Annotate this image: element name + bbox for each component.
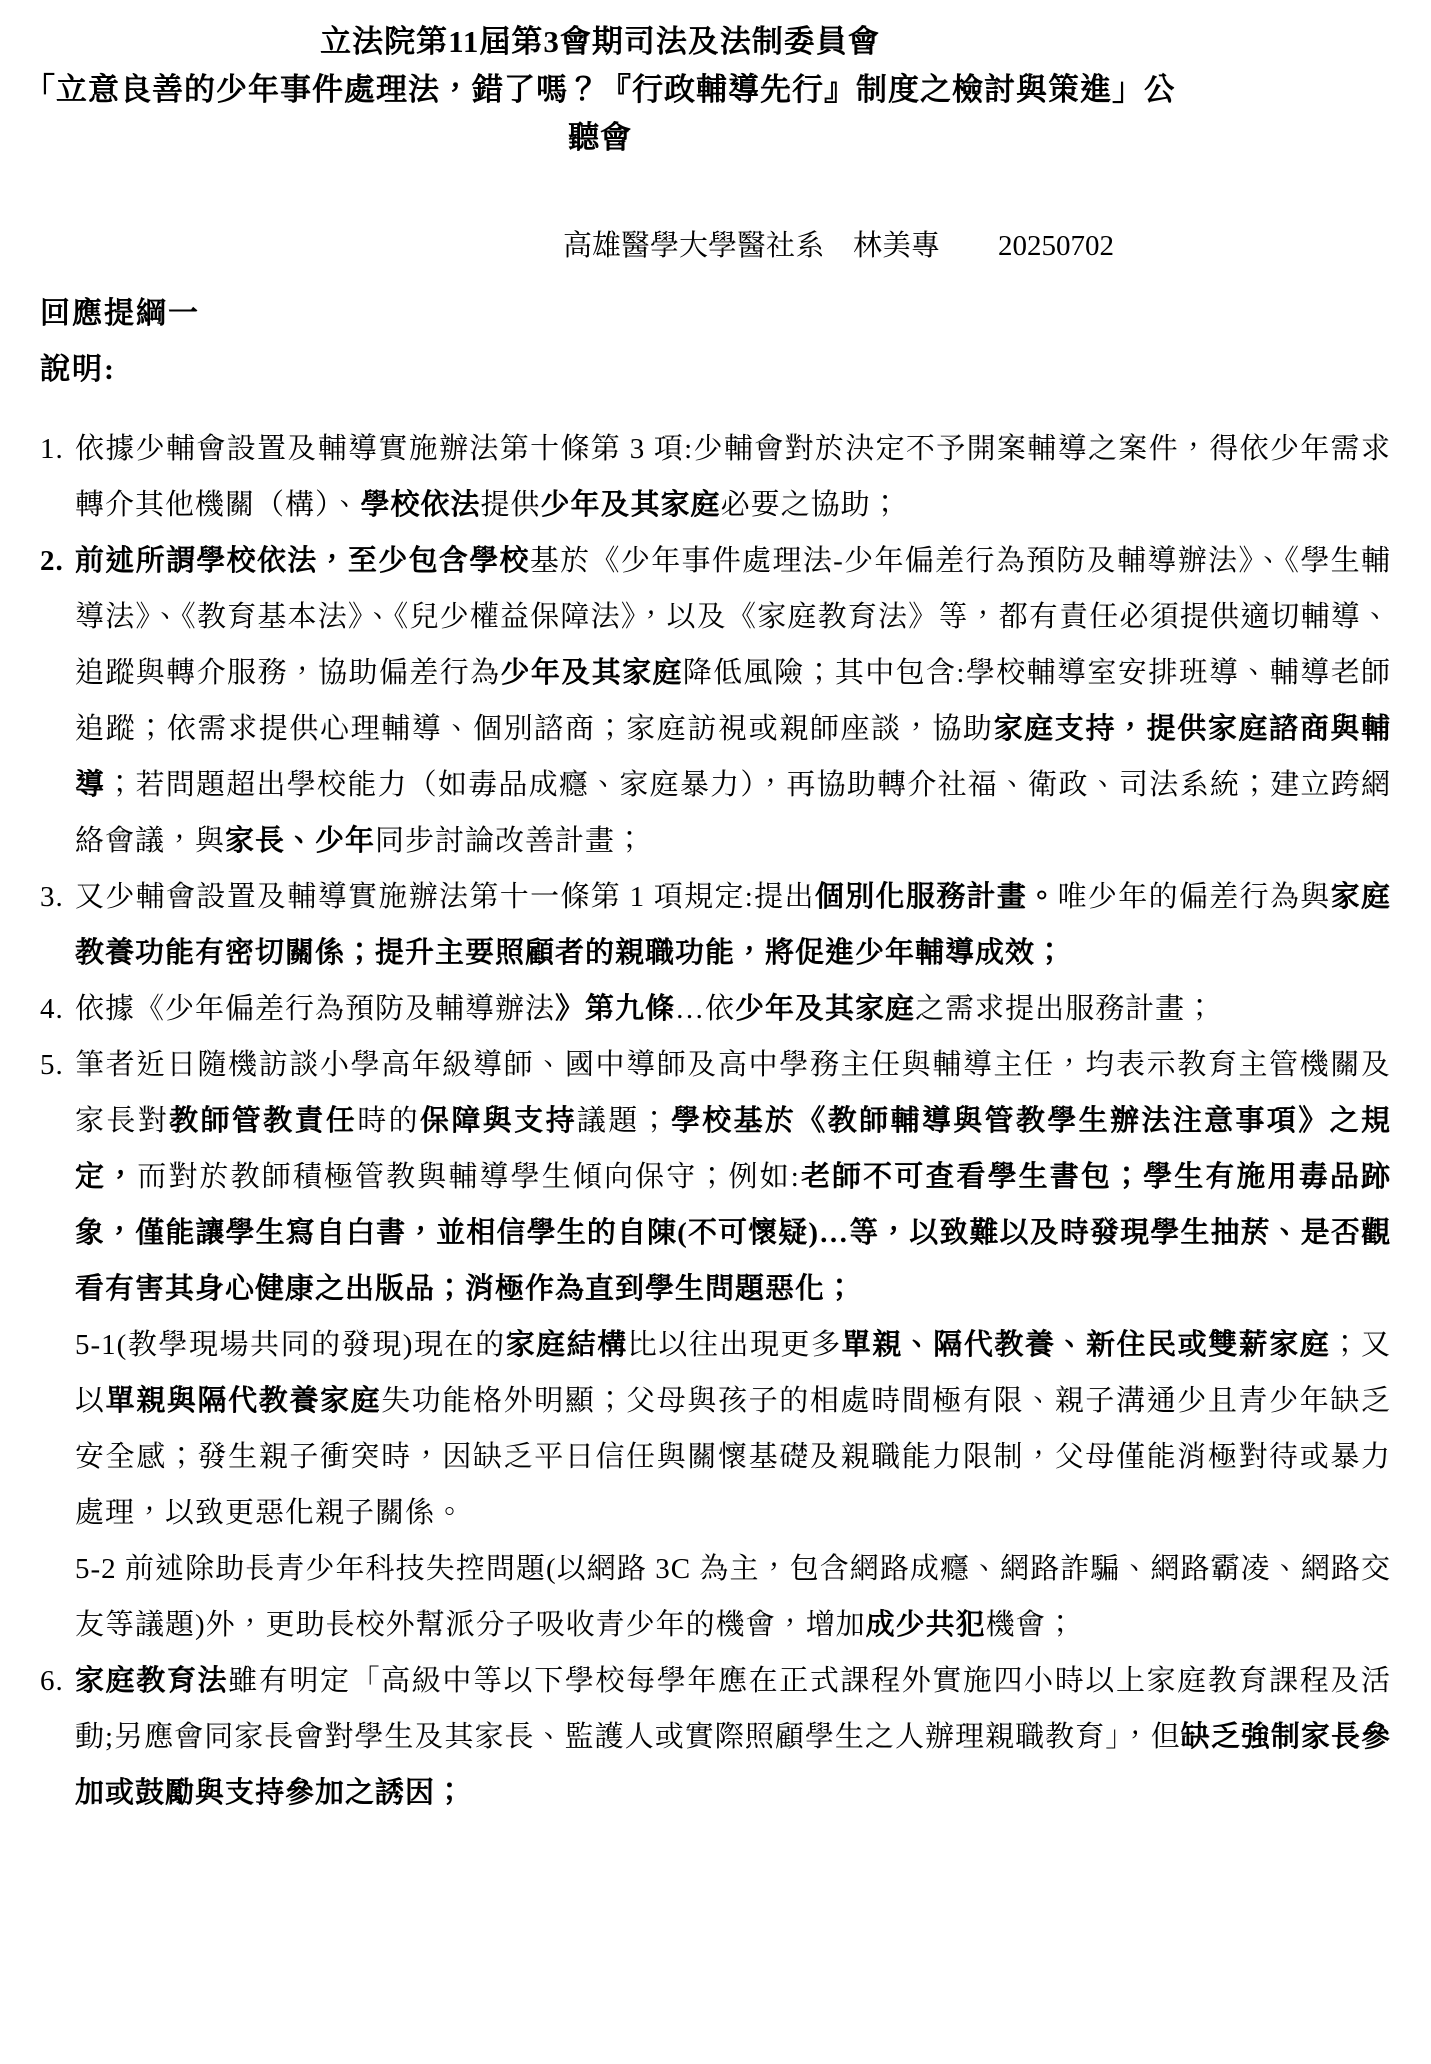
emphasis-text: 單親與隔代教養家庭 (106, 1385, 382, 1417)
emphasis-text: 家庭結構 (506, 1329, 628, 1361)
item-number: 2. (40, 533, 64, 589)
emphasis-text: 學校依法 (361, 489, 481, 521)
doc-title-line2: 「立意良善的少年事件處理法，錯了嗎？『行政輔導先行』制度之檢討與策進」公聽會 (20, 66, 1180, 162)
item-5: 5.筆者近日隨機訪談小學高年級導師、國中導師及高中學務主任與輔導主任，均表示教育… (40, 1037, 1391, 1317)
emphasis-text: 保障與支持 (420, 1105, 577, 1137)
body-text: 比以往出現更多 (628, 1329, 842, 1361)
byline: 高雄醫學大學醫社系 林美專 20250702 (563, 218, 1431, 274)
item-3: 3.又少輔會設置及輔導實施辦法第十一條第 1 項規定:提出個別化服務計畫。唯少年… (40, 869, 1391, 981)
emphasis-text: 成少共犯 (866, 1609, 986, 1641)
item-number: 4. (40, 981, 64, 1037)
emphasis-text: 少年及其家庭 (735, 993, 915, 1025)
emphasis-text: 家長、少年 (225, 825, 375, 857)
item-1: 1.依據少輔會設置及輔導實施辦法第十條第 3 項:少輔會對於決定不予開案輔導之案… (40, 421, 1391, 533)
emphasis-text: 家庭教育法 (75, 1665, 228, 1697)
item-4: 4.依據《少年偏差行為預防及輔導辦法》第九條…依少年及其家庭之需求提出服務計畫； (40, 981, 1391, 1037)
numbered-list: 1.依據少輔會設置及輔導實施辦法第十條第 3 項:少輔會對於決定不予開案輔導之案… (40, 421, 1391, 1821)
body-text: 而對於教師積極管教與輔導學生傾向保守；例如: (137, 1161, 800, 1193)
item-5-1: 5-1(教學現場共同的發現)現在的家庭結構比以往出現更多單親、隔代教養、新住民或… (40, 1317, 1391, 1541)
emphasis-text: 個別化服務計畫。 (815, 881, 1058, 913)
item-5-2: 5-2 前述除助長青少年科技失控問題(以網路 3C 為主，包含網路成癮、網路詐騙… (40, 1541, 1391, 1653)
body-text: 機會； (986, 1609, 1076, 1641)
item-number: 6. (40, 1653, 64, 1709)
body-text: 必要之協助； (721, 489, 901, 521)
document-header: 立法院第11屆第3會期司法及法制委員會 「立意良善的少年事件處理法，錯了嗎？『行… (20, 18, 1180, 162)
emphasis-text: 前述所謂學校依法，至少包含學校 (75, 545, 530, 577)
emphasis-text: 少年及其家庭 (501, 657, 683, 689)
body-text: 又少輔會設置及輔導實施辦法第十一條第 1 項規定:提出 (75, 881, 815, 913)
item-number: 3. (40, 869, 64, 925)
emphasis-text: 教師管教責任 (169, 1105, 357, 1137)
emphasis-text: 單親、隔代教養、新住民或雙薪家庭 (842, 1329, 1331, 1361)
item-number: 5. (40, 1037, 64, 1093)
section-heading-explanation: 說明: (40, 342, 1431, 398)
body-text: 議題； (577, 1105, 670, 1137)
item-number: 1. (40, 421, 64, 477)
emphasis-text: 》第九條 (555, 993, 675, 1025)
body-text: 5-1(教學現場共同的發現)現在的 (75, 1329, 506, 1361)
body-text: 依據《少年偏差行為預防及輔導辦法 (75, 993, 555, 1025)
body-text: 5-2 前述除助長青少年科技失控問題(以網路 3C 為主，包含網路成癮、網路詐騙… (75, 1553, 1391, 1641)
body-text: 之需求提出服務計畫； (915, 993, 1215, 1025)
item-2: 2.前述所謂學校依法，至少包含學校基於《少年事件處理法-少年偏差行為預防及輔導辦… (40, 533, 1391, 869)
body-text: 時的 (357, 1105, 420, 1137)
section-heading-response-outline: 回應提綱一 (40, 286, 1431, 342)
body-text: 提供 (481, 489, 541, 521)
body-text: …依 (675, 993, 735, 1025)
emphasis-text: 少年及其家庭 (541, 489, 721, 521)
doc-title-line1: 立法院第11屆第3會期司法及法制委員會 (20, 18, 1180, 66)
item-6: 6.家庭教育法雖有明定「高級中等以下學校每學年應在正式課程外實施四小時以上家庭教… (40, 1653, 1391, 1821)
body-text: 唯少年的偏差行為與 (1058, 881, 1331, 913)
body-text: 同步討論改善計畫； (375, 825, 645, 857)
document-page: 立法院第11屆第3會期司法及法制委員會 「立意良善的少年事件處理法，錯了嗎？『行… (0, 0, 1431, 2064)
